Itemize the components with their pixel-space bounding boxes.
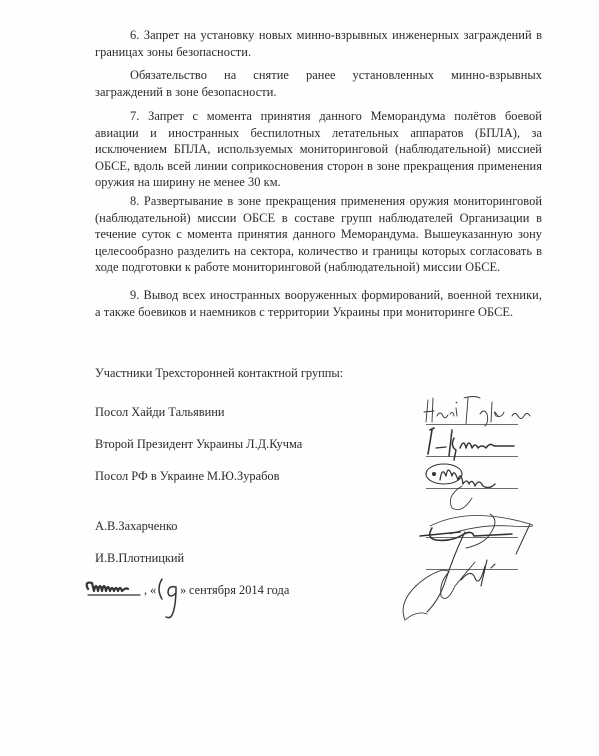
paragraph-8: 8. Развертывание в зоне прекращения прим…	[95, 193, 542, 276]
signature-tagliavini	[420, 392, 560, 428]
paragraph-6-obligation: Обязательство на снятие ранее установлен…	[95, 67, 542, 100]
signatory-label-kuchma: Второй Президент Украины Л.Д.Кучма	[95, 437, 302, 452]
signatory-label-zurabov: Посол РФ в Украине М.Ю.Зурабов	[95, 469, 279, 484]
paragraph-9: 9. Вывод всех иностранных вооруженных фо…	[95, 287, 542, 320]
date-text: сентября 2014 года	[189, 583, 289, 598]
signatory-label-zakharchenko: А.В.Захарченко	[95, 519, 177, 534]
signatory-label-tagliavini: Посол Хайди Тальявини	[95, 405, 225, 420]
signatory-label-plotnitsky: И.В.Плотницкий	[95, 551, 184, 566]
participants-heading: Участники Трехсторонней контактной групп…	[95, 366, 343, 381]
date-day-handwritten	[156, 573, 188, 625]
date-close-quote: »	[180, 583, 186, 598]
document-page: 6. Запрет на установку новых минно-взрыв…	[0, 0, 599, 756]
signature-plotnitsky	[395, 530, 545, 630]
paragraph-7: 7. Запрет с момента принятия данного Мем…	[95, 108, 542, 191]
date-separator: ,	[144, 583, 147, 598]
signature-minsk	[84, 573, 146, 623]
paragraph-6: 6. Запрет на установку новых минно-взрыв…	[95, 27, 542, 60]
